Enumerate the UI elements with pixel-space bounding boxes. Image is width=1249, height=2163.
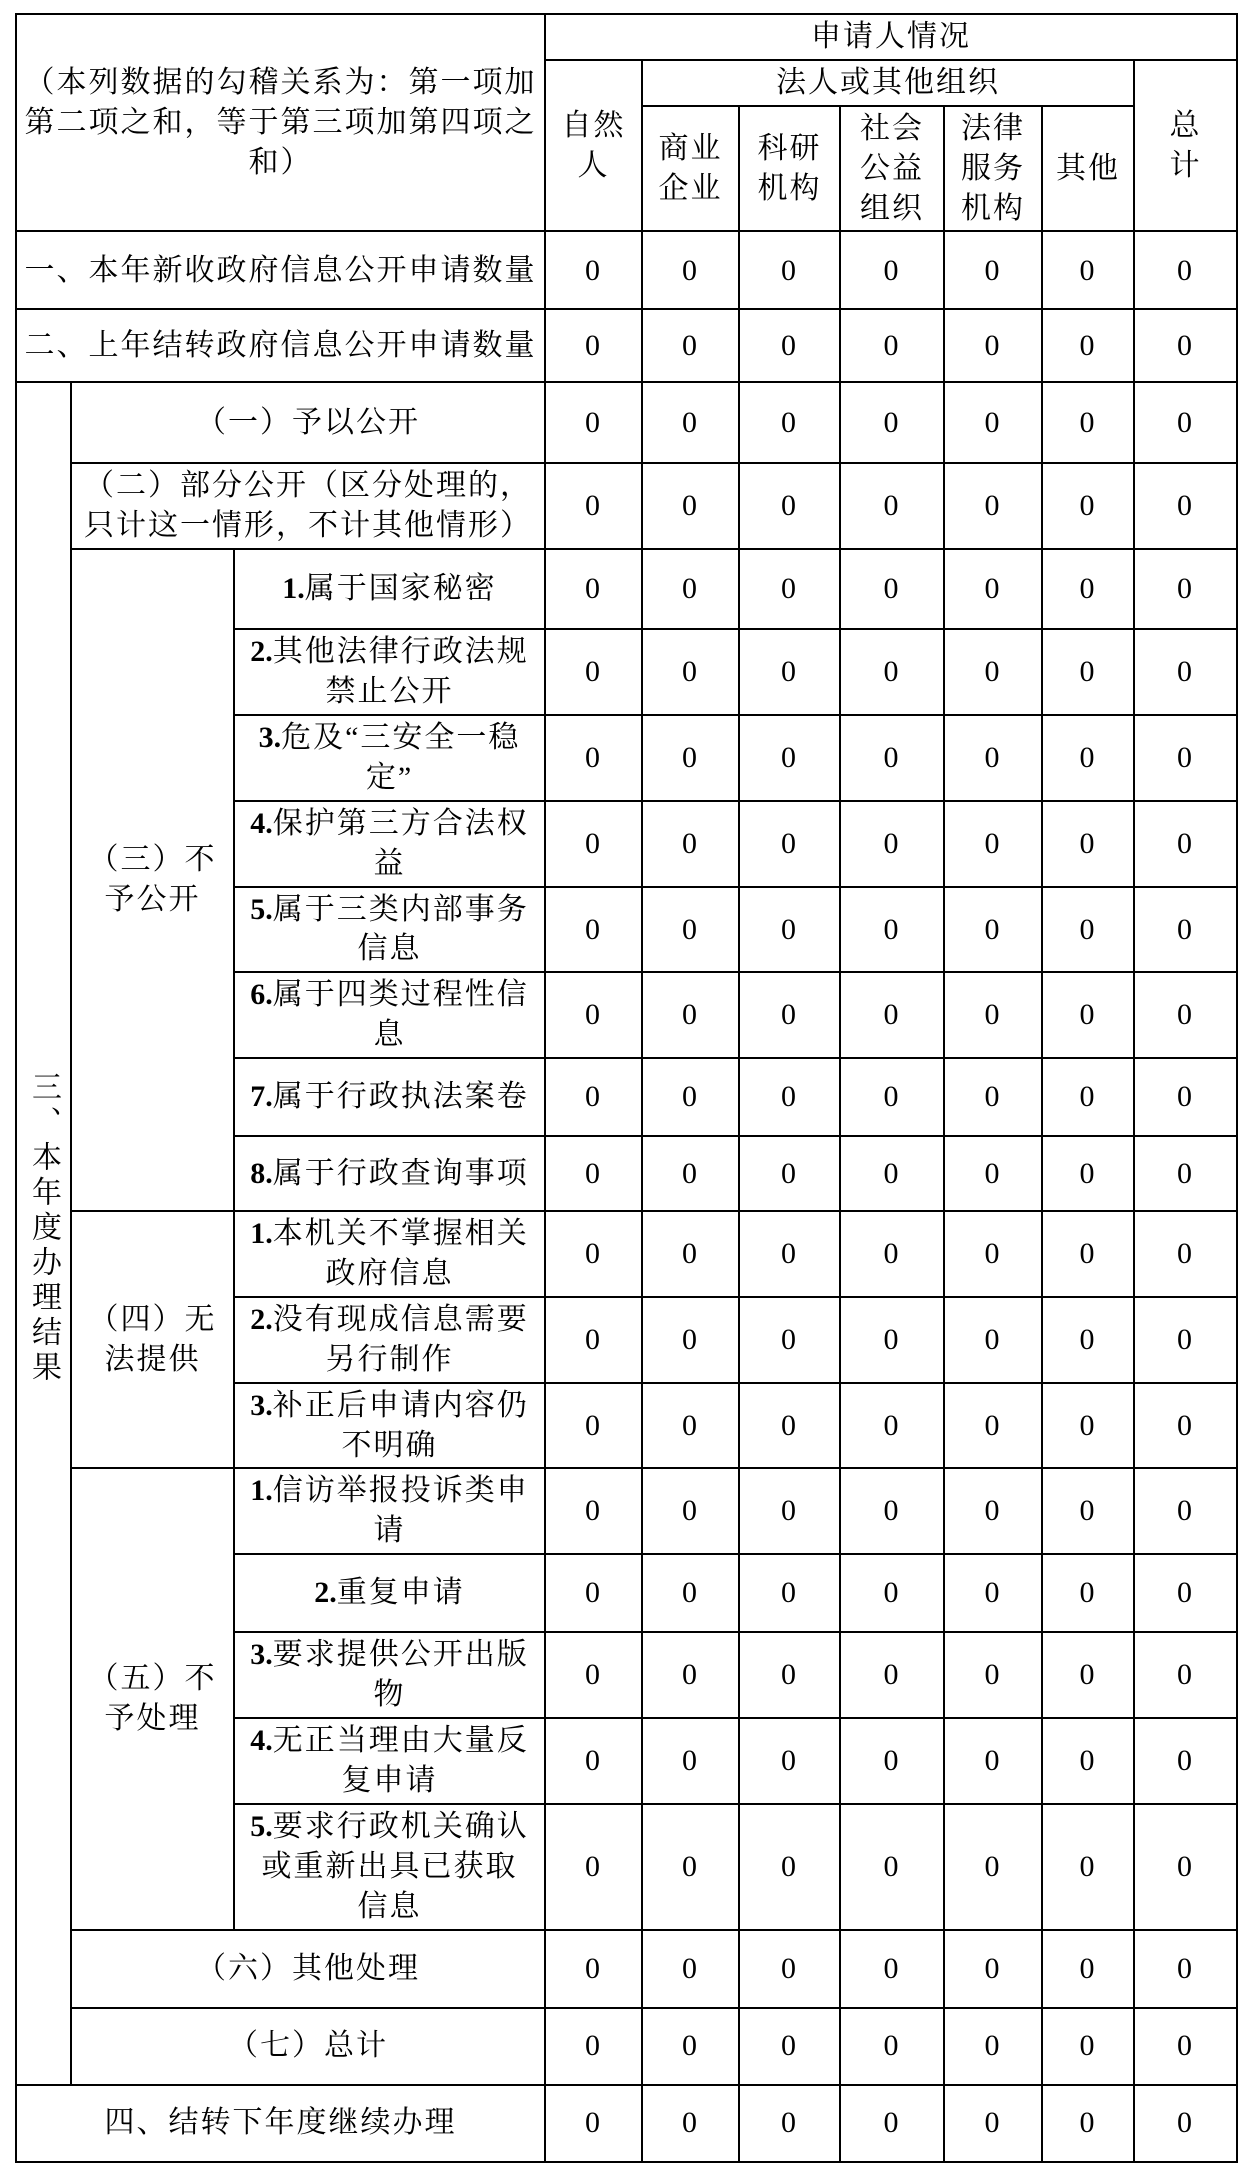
value-cell: 0 (642, 1632, 739, 1718)
item-number: 5. (250, 893, 273, 926)
value-cell: 0 (840, 1058, 944, 1136)
value-cell: 0 (545, 887, 642, 973)
value-cell: 0 (739, 1058, 840, 1136)
value-cell: 0 (642, 549, 739, 629)
value-cell: 0 (545, 1718, 642, 1804)
value-cell: 0 (840, 1804, 944, 1930)
value-cell: 0 (642, 1930, 739, 2008)
value-cell: 0 (642, 309, 739, 382)
value-cell: 0 (1134, 972, 1237, 1058)
group-5-not-processed-label: （五）不 予处理 (71, 1468, 234, 1929)
value-cell: 0 (739, 629, 840, 715)
header-legal-or-other-org: 法人或其他组织 (642, 60, 1134, 106)
item-text: 危及“三安全一稳 定” (281, 721, 520, 794)
value-cell: 0 (545, 309, 642, 382)
value-cell: 0 (642, 463, 739, 549)
header-total: 总 计 (1134, 60, 1237, 232)
item-label: 7.属于行政执法案卷 (234, 1058, 545, 1136)
header-other: 其他 (1042, 106, 1134, 232)
value-cell: 0 (739, 1211, 840, 1297)
item-label: 6.属于四类过程性信 息 (234, 972, 545, 1058)
value-cell: 0 (545, 549, 642, 629)
value-cell: 0 (944, 1554, 1042, 1632)
value-cell: 0 (944, 1718, 1042, 1804)
item-label: 3.补正后申请内容仍 不明确 (234, 1383, 545, 1469)
row-4-carry-to-next-year-label: 四、结转下年度继续办理 (16, 2085, 545, 2162)
value-cell: 0 (545, 715, 642, 801)
value-cell: 0 (739, 1297, 840, 1383)
value-cell: 0 (545, 801, 642, 887)
section-3-vertical-label: 三、本年度办理结果 (16, 382, 71, 2084)
value-cell: 0 (1042, 1554, 1134, 1632)
value-cell: 0 (1134, 887, 1237, 973)
item-text: 要求行政机关确认 或重新出具已获取 信息 (262, 1810, 529, 1923)
value-cell: 0 (944, 309, 1042, 382)
value-cell: 0 (1134, 2085, 1237, 2162)
value-cell: 0 (840, 309, 944, 382)
item-label: 2.重复申请 (234, 1554, 545, 1632)
value-cell: 0 (739, 1136, 840, 1211)
value-cell: 0 (545, 1136, 642, 1211)
value-cell: 0 (944, 2008, 1042, 2085)
value-cell: 0 (545, 1468, 642, 1554)
value-cell: 0 (1042, 715, 1134, 801)
value-cell: 0 (739, 2085, 840, 2162)
value-cell: 0 (642, 1718, 739, 1804)
item-number: 1. (250, 1474, 273, 1507)
item-number: 2. (250, 635, 273, 668)
item-text: 无正当理由大量反 复申请 (273, 1724, 529, 1797)
item-number: 3. (259, 721, 282, 754)
header-commercial-enterprise: 商业 企业 (642, 106, 739, 232)
value-cell: 0 (545, 463, 642, 549)
value-cell: 0 (545, 1930, 642, 2008)
value-cell: 0 (545, 972, 642, 1058)
value-cell: 0 (840, 801, 944, 887)
item-text: 属于四类过程性信 息 (273, 978, 529, 1051)
item-text: 其他法律行政法规 禁止公开 (273, 635, 529, 708)
item-number: 3. (250, 1638, 273, 1671)
value-cell: 0 (1134, 1718, 1237, 1804)
value-cell: 0 (739, 1804, 840, 1930)
item-number: 3. (250, 1389, 273, 1422)
value-cell: 0 (1042, 629, 1134, 715)
value-cell: 0 (545, 1297, 642, 1383)
value-cell: 0 (1134, 1804, 1237, 1930)
value-cell: 0 (545, 1211, 642, 1297)
value-cell: 0 (739, 1930, 840, 2008)
value-cell: 0 (840, 463, 944, 549)
value-cell: 0 (1042, 382, 1134, 463)
item-label: 3.危及“三安全一稳 定” (234, 715, 545, 801)
value-cell: 0 (739, 1468, 840, 1554)
reconciliation-note: （本列数据的勾稽关系为：第一项加 第二项之和，等于第三项加第四项之 和） (16, 14, 545, 231)
item-number: 4. (250, 807, 273, 840)
value-cell: 0 (1042, 1718, 1134, 1804)
value-cell: 0 (1042, 801, 1134, 887)
value-cell: 0 (739, 231, 840, 309)
header-natural-person: 自然 人 (545, 60, 642, 232)
value-cell: 0 (1134, 382, 1237, 463)
value-cell: 0 (840, 1383, 944, 1469)
item-label: 2.没有现成信息需要 另行制作 (234, 1297, 545, 1383)
value-cell: 0 (840, 972, 944, 1058)
value-cell: 0 (642, 2008, 739, 2085)
item-text: 保护第三方合法权 益 (273, 807, 529, 880)
value-cell: 0 (840, 2085, 944, 2162)
item-label: 8.属于行政查询事项 (234, 1136, 545, 1211)
row-3-7-subtotal-label: （七）总计 (71, 2008, 545, 2085)
value-cell: 0 (739, 2008, 840, 2085)
value-cell: 0 (642, 715, 739, 801)
value-cell: 0 (642, 629, 739, 715)
header-social-welfare-org: 社会 公益 组织 (840, 106, 944, 232)
value-cell: 0 (642, 231, 739, 309)
item-text: 属于三类内部事务 信息 (273, 893, 529, 966)
value-cell: 0 (739, 887, 840, 973)
value-cell: 0 (840, 2008, 944, 2085)
value-cell: 0 (944, 1297, 1042, 1383)
row-3-2-partially-disclosed-label: （二）部分公开（区分处理的， 只计这一情形，不计其他情形） (71, 463, 545, 549)
value-cell: 0 (944, 1468, 1042, 1554)
item-text: 属于行政执法案卷 (273, 1080, 529, 1113)
value-cell: 0 (642, 382, 739, 463)
value-cell: 0 (944, 1804, 1042, 1930)
value-cell: 0 (944, 463, 1042, 549)
value-cell: 0 (1042, 1211, 1134, 1297)
value-cell: 0 (1042, 1930, 1134, 2008)
row-1-new-applications-label: 一、本年新收政府信息公开申请数量 (16, 231, 545, 309)
value-cell: 0 (739, 715, 840, 801)
row-3-6-other-handling-label: （六）其他处理 (71, 1930, 545, 2008)
group-4-unable-to-provide-label: （四）无 法提供 (71, 1211, 234, 1468)
value-cell: 0 (545, 1554, 642, 1632)
item-number: 4. (250, 1724, 273, 1757)
value-cell: 0 (545, 1632, 642, 1718)
value-cell: 0 (1042, 1297, 1134, 1383)
gov-info-disclosure-application-table: （本列数据的勾稽关系为：第一项加 第二项之和，等于第三项加第四项之 和） 申请人… (15, 13, 1238, 2163)
value-cell: 0 (545, 382, 642, 463)
value-cell: 0 (944, 1632, 1042, 1718)
item-text: 本机关不掌握相关 政府信息 (273, 1217, 529, 1290)
value-cell: 0 (944, 1930, 1042, 2008)
value-cell: 0 (840, 887, 944, 973)
item-label: 4.无正当理由大量反 复申请 (234, 1718, 545, 1804)
value-cell: 0 (545, 2085, 642, 2162)
item-text: 属于行政查询事项 (273, 1157, 529, 1190)
value-cell: 0 (1042, 463, 1134, 549)
value-cell: 0 (642, 1468, 739, 1554)
value-cell: 0 (1134, 231, 1237, 309)
value-cell: 0 (642, 972, 739, 1058)
item-label: 5.要求行政机关确认 或重新出具已获取 信息 (234, 1804, 545, 1930)
value-cell: 0 (944, 1136, 1042, 1211)
value-cell: 0 (1134, 1554, 1237, 1632)
value-cell: 0 (739, 549, 840, 629)
value-cell: 0 (1042, 2008, 1134, 2085)
value-cell: 0 (840, 1718, 944, 1804)
value-cell: 0 (1042, 1468, 1134, 1554)
value-cell: 0 (840, 1136, 944, 1211)
item-number: 8. (250, 1157, 273, 1190)
value-cell: 0 (739, 972, 840, 1058)
value-cell: 0 (739, 1383, 840, 1469)
value-cell: 0 (1134, 1632, 1237, 1718)
item-number: 2. (314, 1576, 337, 1609)
value-cell: 0 (1134, 1297, 1237, 1383)
item-text: 没有现成信息需要 另行制作 (273, 1303, 529, 1376)
item-label: 3.要求提供公开出版 物 (234, 1632, 545, 1718)
value-cell: 0 (1042, 1058, 1134, 1136)
row-2-carryover-label: 二、上年结转政府信息公开申请数量 (16, 309, 545, 382)
item-number: 5. (250, 1810, 273, 1843)
item-number: 2. (250, 1303, 273, 1336)
value-cell: 0 (739, 1632, 840, 1718)
value-cell: 0 (642, 2085, 739, 2162)
group-3-not-disclosed-label: （三）不 予公开 (71, 549, 234, 1211)
value-cell: 0 (642, 1136, 739, 1211)
value-cell: 0 (840, 382, 944, 463)
item-text: 要求提供公开出版 物 (273, 1638, 529, 1711)
value-cell: 0 (1042, 231, 1134, 309)
value-cell: 0 (1134, 1383, 1237, 1469)
value-cell: 0 (840, 1297, 944, 1383)
value-cell: 0 (944, 382, 1042, 463)
value-cell: 0 (1134, 463, 1237, 549)
item-label: 1.属于国家秘密 (234, 549, 545, 629)
item-text: 信访举报投诉类申 请 (273, 1474, 529, 1547)
value-cell: 0 (1134, 2008, 1237, 2085)
value-cell: 0 (739, 382, 840, 463)
value-cell: 0 (1134, 801, 1237, 887)
value-cell: 0 (840, 1554, 944, 1632)
value-cell: 0 (1042, 1136, 1134, 1211)
value-cell: 0 (840, 1468, 944, 1554)
value-cell: 0 (642, 1804, 739, 1930)
value-cell: 0 (944, 887, 1042, 973)
value-cell: 0 (739, 801, 840, 887)
value-cell: 0 (1042, 309, 1134, 382)
value-cell: 0 (1134, 549, 1237, 629)
value-cell: 0 (944, 2085, 1042, 2162)
header-legal-service-org: 法律 服务 机构 (944, 106, 1042, 232)
value-cell: 0 (1042, 549, 1134, 629)
item-label: 1.信访举报投诉类申 请 (234, 1468, 545, 1554)
value-cell: 0 (642, 887, 739, 973)
value-cell: 0 (1042, 887, 1134, 973)
value-cell: 0 (840, 231, 944, 309)
value-cell: 0 (739, 309, 840, 382)
value-cell: 0 (1134, 1930, 1237, 2008)
value-cell: 0 (739, 1554, 840, 1632)
value-cell: 0 (545, 1058, 642, 1136)
value-cell: 0 (944, 1383, 1042, 1469)
value-cell: 0 (1042, 1632, 1134, 1718)
value-cell: 0 (642, 1058, 739, 1136)
value-cell: 0 (840, 1211, 944, 1297)
value-cell: 0 (944, 629, 1042, 715)
value-cell: 0 (944, 549, 1042, 629)
value-cell: 0 (840, 1632, 944, 1718)
section-3-label-text: 三、本年度办理结果 (27, 1071, 60, 1386)
value-cell: 0 (642, 1554, 739, 1632)
item-text: 重复申请 (337, 1576, 465, 1609)
value-cell: 0 (944, 972, 1042, 1058)
item-number: 1. (282, 572, 305, 605)
value-cell: 0 (642, 1297, 739, 1383)
item-number: 6. (250, 978, 273, 1011)
value-cell: 0 (1042, 1383, 1134, 1469)
value-cell: 0 (944, 231, 1042, 309)
row-3-1-disclosed-label: （一）予以公开 (71, 382, 545, 463)
item-label: 1.本机关不掌握相关 政府信息 (234, 1211, 545, 1297)
value-cell: 0 (1042, 1804, 1134, 1930)
value-cell: 0 (642, 801, 739, 887)
value-cell: 0 (1134, 1136, 1237, 1211)
item-label: 2.其他法律行政法规 禁止公开 (234, 629, 545, 715)
value-cell: 0 (642, 1383, 739, 1469)
item-label: 4.保护第三方合法权 益 (234, 801, 545, 887)
value-cell: 0 (545, 1804, 642, 1930)
value-cell: 0 (944, 1211, 1042, 1297)
item-number: 1. (250, 1217, 273, 1250)
value-cell: 0 (1134, 309, 1237, 382)
value-cell: 0 (840, 1930, 944, 2008)
value-cell: 0 (1042, 972, 1134, 1058)
value-cell: 0 (739, 463, 840, 549)
value-cell: 0 (1134, 1468, 1237, 1554)
item-text: 补正后申请内容仍 不明确 (273, 1389, 529, 1462)
value-cell: 0 (545, 629, 642, 715)
value-cell: 0 (642, 1211, 739, 1297)
value-cell: 0 (944, 1058, 1042, 1136)
value-cell: 0 (545, 2008, 642, 2085)
value-cell: 0 (1042, 2085, 1134, 2162)
value-cell: 0 (739, 1718, 840, 1804)
value-cell: 0 (944, 801, 1042, 887)
value-cell: 0 (1134, 715, 1237, 801)
item-text: 属于国家秘密 (305, 572, 497, 605)
item-label: 5.属于三类内部事务 信息 (234, 887, 545, 973)
value-cell: 0 (840, 549, 944, 629)
value-cell: 0 (1134, 1058, 1237, 1136)
value-cell: 0 (840, 629, 944, 715)
value-cell: 0 (545, 231, 642, 309)
value-cell: 0 (944, 715, 1042, 801)
value-cell: 0 (545, 1383, 642, 1469)
value-cell: 0 (1134, 629, 1237, 715)
value-cell: 0 (840, 715, 944, 801)
value-cell: 0 (1134, 1211, 1237, 1297)
item-number: 7. (250, 1080, 273, 1113)
header-applicant-status: 申请人情况 (545, 14, 1237, 60)
header-research-institution: 科研 机构 (739, 106, 840, 232)
